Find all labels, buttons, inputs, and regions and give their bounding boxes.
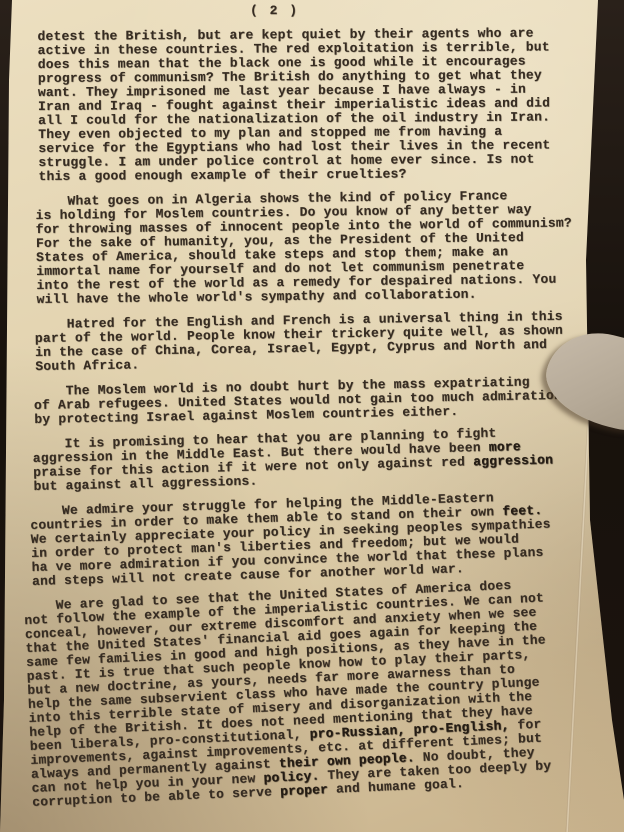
letter-body: detest the British, but are kept quiet b… — [38, 30, 590, 821]
paragraph: We admire your struggle for helping the … — [30, 488, 591, 589]
paragraph: It is promising to hear that you are pla… — [32, 424, 590, 494]
paragraph: Hatred for the English and French is a u… — [35, 309, 591, 374]
paragraph: What goes on in Algeria shows the kind o… — [35, 188, 590, 307]
paragraph: We are glad to see that the United State… — [23, 576, 594, 810]
photo-background: ( 2 ) detest the British, but are kept q… — [0, 0, 624, 832]
letter-page: ( 2 ) detest the British, but are kept q… — [0, 0, 624, 832]
paragraph: detest the British, but are kept quiet b… — [37, 26, 590, 184]
paragraph: The Moslem world is no doubt hurt by the… — [34, 374, 591, 427]
page-number: ( 2 ) — [250, 3, 299, 18]
